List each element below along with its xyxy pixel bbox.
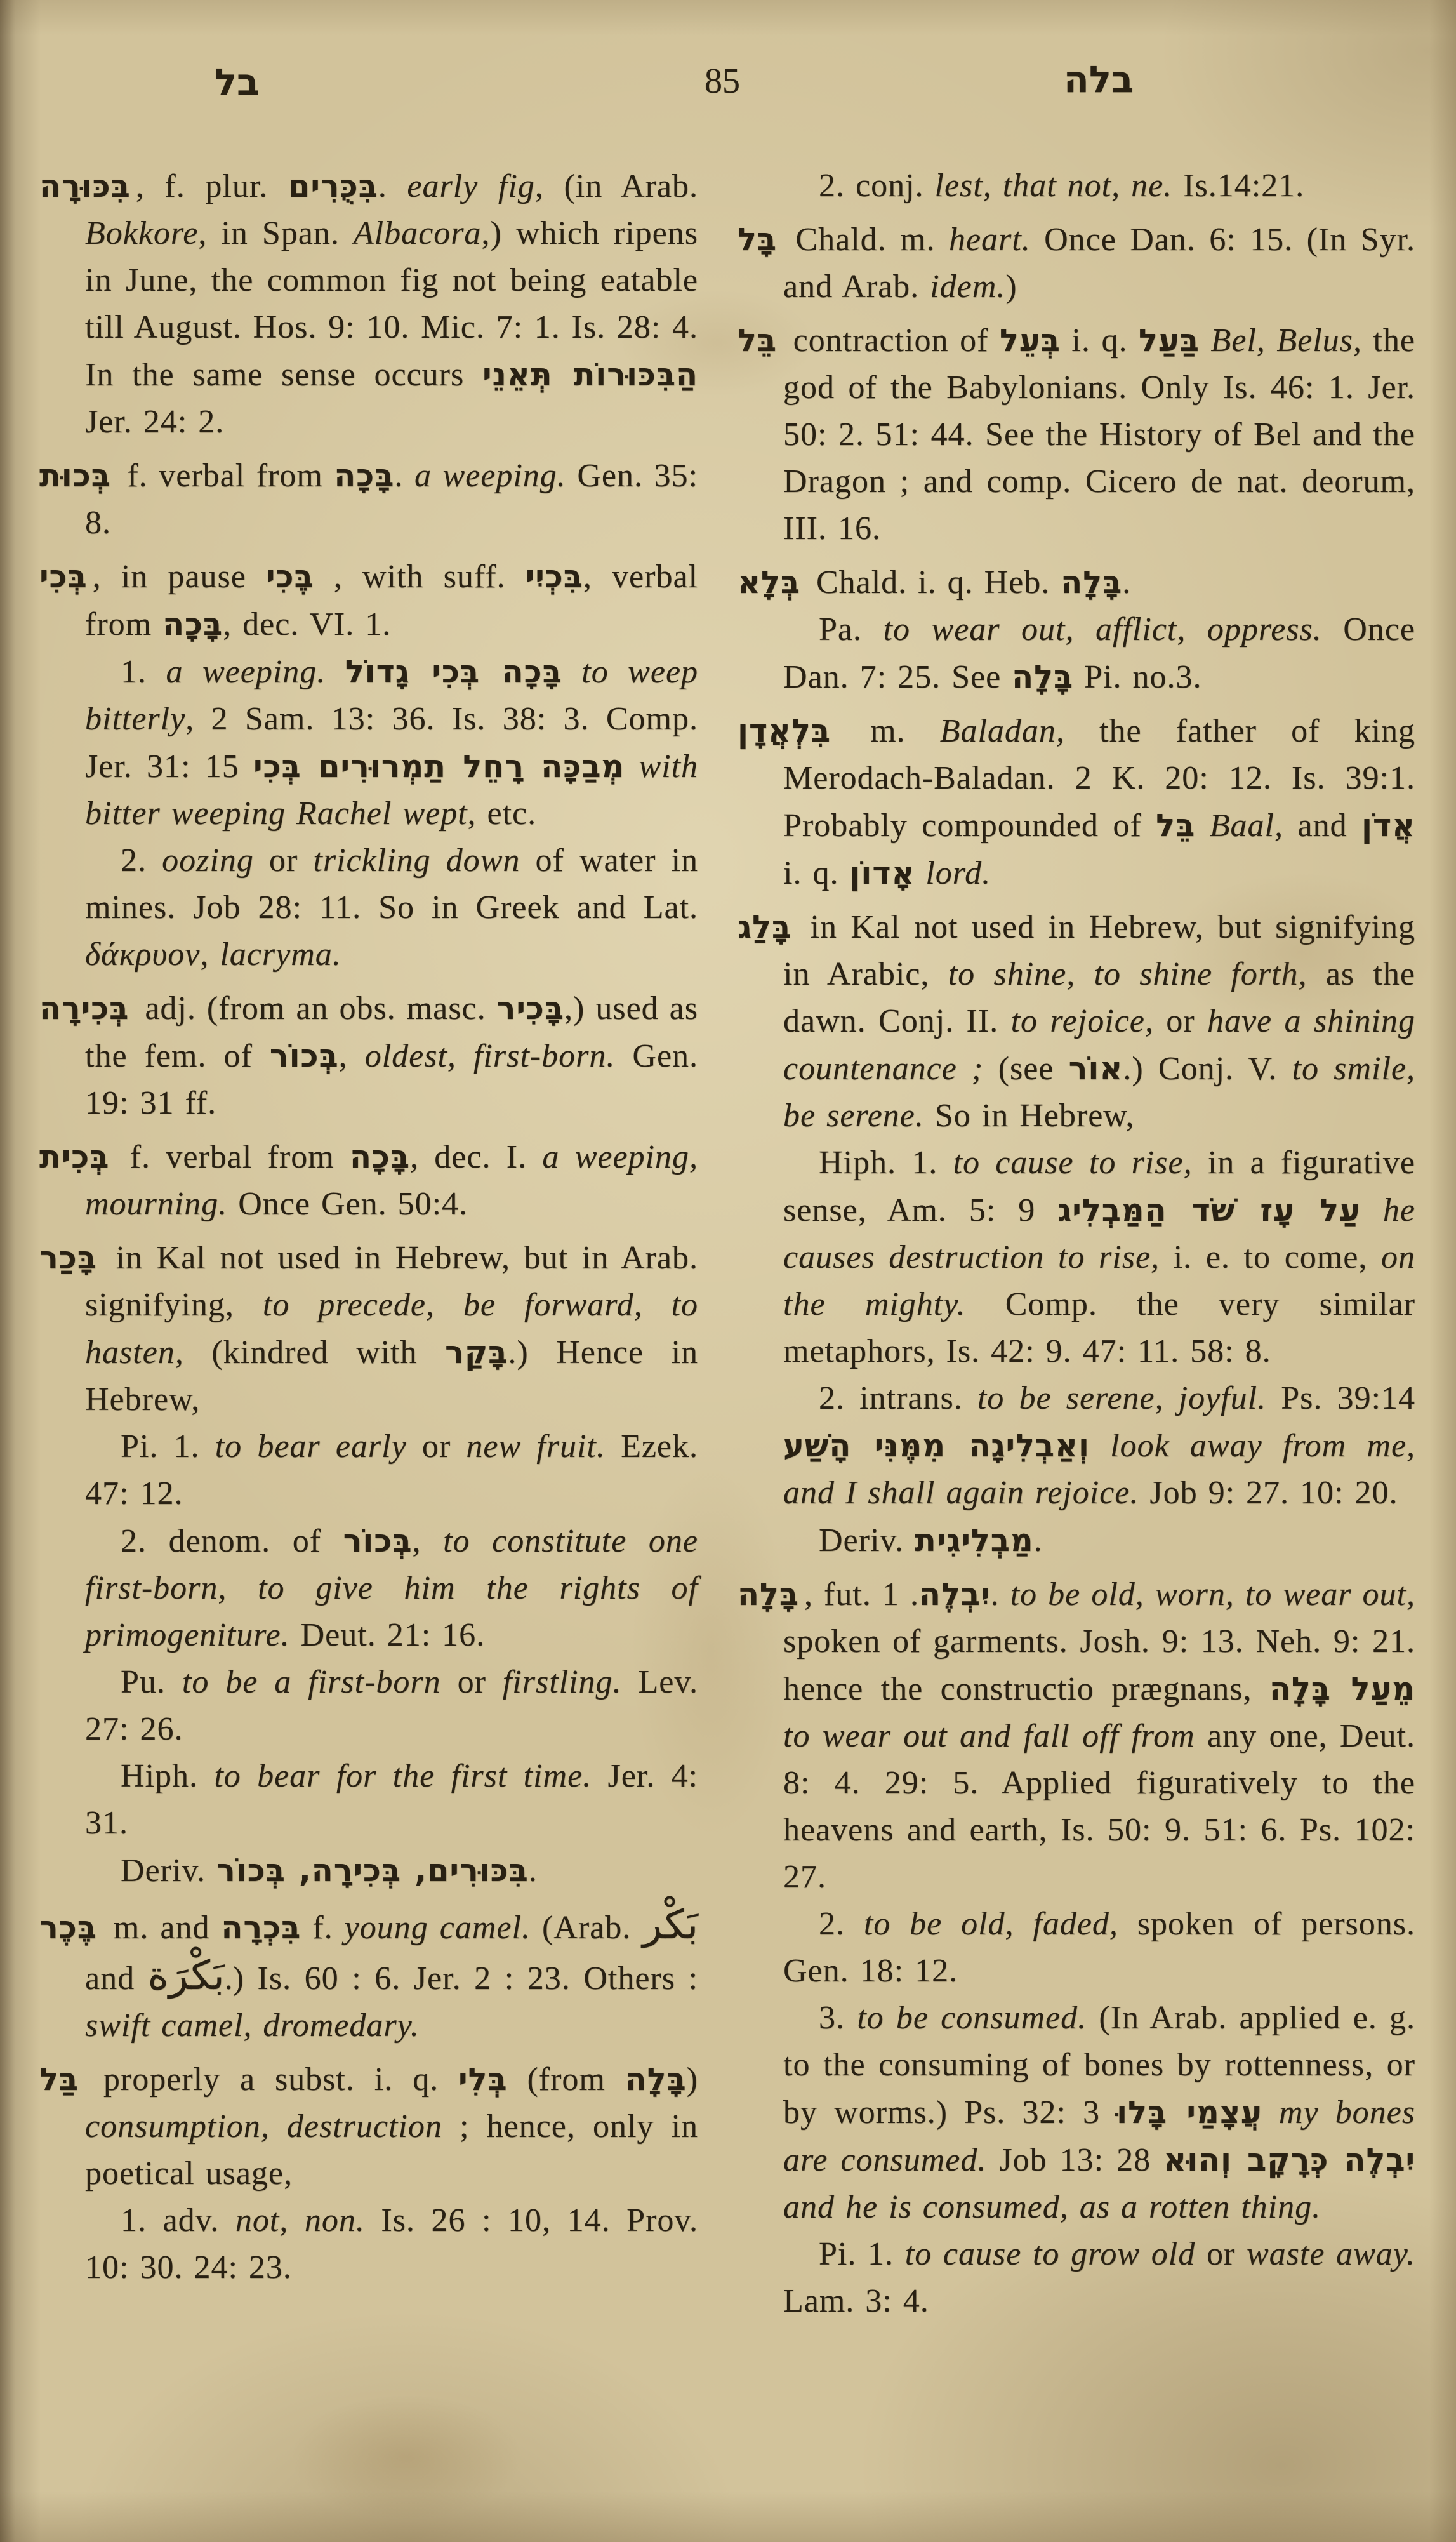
text-run: , bbox=[412, 1523, 443, 1559]
text-run: Pi. no.3. bbox=[1073, 659, 1201, 695]
text-run: Chald. i. q. Heb. bbox=[805, 564, 1061, 601]
text-run: So in Hebrew, bbox=[924, 1098, 1135, 1134]
hebrew-text: יִבְלֶה כְּרָקָב וְהוּא bbox=[1163, 2141, 1415, 2178]
lexicon-sense: Pi. 1. to cause to grow old or waste awa… bbox=[738, 2231, 1415, 2325]
italic-text: heart. bbox=[949, 222, 1031, 258]
italic-text: early fig bbox=[407, 168, 534, 204]
text-run: or bbox=[1195, 2236, 1247, 2272]
text-run: , dec. VI. 1. bbox=[223, 606, 391, 642]
text-run: ) bbox=[687, 2061, 698, 2098]
text-run: 2. intrans. bbox=[819, 1380, 977, 1416]
hebrew-text: בָּכָה bbox=[350, 1138, 410, 1175]
lexicon-sense: Hiph. 1. to cause to rise, in a figurati… bbox=[738, 1140, 1415, 1375]
italic-text: idem. bbox=[930, 269, 1005, 305]
text-run: 2. denom. of bbox=[121, 1523, 343, 1559]
hebrew-text: בָּלָה bbox=[1061, 564, 1122, 601]
text-run: Chald. m. bbox=[782, 222, 949, 258]
italic-text: not, non. bbox=[235, 2202, 365, 2239]
hebrew-text: בִּכְיִי bbox=[526, 558, 583, 595]
hebrew-text: מֵעַל בָּלָה bbox=[1269, 1670, 1415, 1707]
lexicon-entry: בֵּל contraction of בְּעֵל i. q. בַּעַל … bbox=[738, 317, 1415, 552]
text-run: 2. bbox=[819, 1906, 864, 1942]
text-run: Job 13: 28 bbox=[986, 2142, 1163, 2178]
hebrew-text: בְּלִי bbox=[458, 2061, 508, 2098]
text-run: 2. bbox=[121, 842, 162, 879]
italic-text: to be serene, joyful. bbox=[977, 1380, 1266, 1416]
text-run bbox=[326, 654, 345, 690]
text-run: and bbox=[85, 1960, 148, 1997]
italic-text: swift camel, dromedary. bbox=[85, 2007, 420, 2044]
italic-text: to rejoice, bbox=[1011, 1003, 1154, 1039]
italic-text: new fruit. bbox=[466, 1428, 606, 1465]
text-run: or bbox=[1154, 1003, 1207, 1039]
hebrew-text: עֲצָמַי בָּלוּ bbox=[1116, 2094, 1262, 2131]
italic-text: waste away. bbox=[1247, 2236, 1415, 2272]
hebrew-text: בִּכֻּרִים bbox=[288, 168, 378, 204]
text-run: 1. bbox=[121, 654, 166, 690]
column-left: בִּכּוּרָה, f. plur. בִּכֻּרִים. early f… bbox=[39, 163, 698, 2291]
italic-text: firstling. bbox=[503, 1664, 622, 1700]
text-run: m. bbox=[836, 713, 940, 749]
entry-headword: בַּל bbox=[39, 2061, 84, 2098]
lexicon-entry: בִּלְאֲדָן m. Baladan, the father of kin… bbox=[738, 707, 1415, 897]
text-run: (kindred with bbox=[184, 1334, 445, 1371]
entry-headword: בְּכִירָה bbox=[39, 990, 134, 1027]
italic-text: to bear for the first time. bbox=[214, 1758, 592, 1794]
italic-text: to wear out and fall off from bbox=[783, 1718, 1195, 1754]
hebrew-text: הַבִּכּוּרוֹת תְּאֵנֵי bbox=[482, 356, 698, 393]
italic-text: to be old, worn, to wear out, bbox=[1010, 1576, 1415, 1613]
page-number: 85 bbox=[672, 63, 773, 99]
text-run bbox=[1090, 1428, 1110, 1464]
text-run: 3. bbox=[819, 2000, 857, 2036]
italic-text: to shine, to shine forth, bbox=[948, 956, 1307, 992]
lexicon-sense: 1. a weeping. בָּכָה בְּכִי גָדוֹל to we… bbox=[39, 648, 698, 837]
text-run bbox=[1200, 323, 1211, 359]
text-run: . bbox=[529, 1853, 538, 1889]
italic-text: young camel. bbox=[345, 1910, 531, 1946]
entry-headword: בֶּכֶר bbox=[39, 1909, 102, 1946]
entry-headword: בְּכִית bbox=[39, 1138, 114, 1175]
lexicon-entry: בָּל Chald. m. heart. Once Dan. 6: 15. (… bbox=[738, 216, 1415, 310]
entry-headword: בָּכַר bbox=[39, 1239, 102, 1276]
hebrew-text: בִּכּוּרִים, בְּכִירָה, בְּכוֹר bbox=[216, 1852, 529, 1889]
italic-text: to be a first-born bbox=[182, 1664, 441, 1700]
text-run: , fut. bbox=[804, 1576, 882, 1613]
lexicon-sense: Pi. 1. to bear early or new fruit. Ezek.… bbox=[39, 1423, 698, 1517]
text-run: or bbox=[441, 1664, 503, 1700]
hebrew-text: עַל עָז שֹׁד הַמַּבְלִיג bbox=[1057, 1192, 1361, 1228]
hebrew-text: וְאַבְלִיגָה מִמֶּנִּי הָשַׁע bbox=[783, 1427, 1090, 1464]
text-run: , (in Arab. bbox=[535, 168, 698, 204]
lexicon-entry: בְּכִית f. verbal from בָּכָה, dec. I. a… bbox=[39, 1133, 698, 1228]
text-run: , with suff. bbox=[314, 559, 526, 595]
hebrew-text: אוֹר bbox=[1069, 1050, 1123, 1087]
text-run: Job 9: 27. 10: 20. bbox=[1139, 1475, 1398, 1511]
italic-text: to bear early bbox=[215, 1428, 407, 1465]
text-run: , f. plur. bbox=[136, 168, 288, 204]
hebrew-text: בַּעַל bbox=[1139, 322, 1200, 359]
text-run: Hiph. bbox=[121, 1758, 214, 1794]
italic-text: to be consumed. bbox=[857, 2000, 1087, 2036]
entry-headword: בְּלָא bbox=[738, 564, 805, 601]
scanned-lexicon-page: בל 85 בלה בִּכּוּרָה, f. plur. בִּכֻּרִי… bbox=[0, 0, 1456, 2542]
lexicon-entry: בְּכוּת f. verbal from בָּכָה. a weeping… bbox=[39, 452, 698, 547]
hebrew-text: בִּכְרָה bbox=[222, 1909, 301, 1946]
text-run: Deut. 21: 16. bbox=[290, 1617, 486, 1653]
text-run: , in pause bbox=[93, 559, 266, 595]
text-run: (Arab. bbox=[531, 1910, 642, 1946]
text-run: adj. (from an obs. masc. bbox=[134, 990, 496, 1027]
lexicon-entry: בְּכִירָה adj. (from an obs. masc. בָּכִ… bbox=[39, 985, 698, 1127]
text-run: 2. conj. bbox=[819, 168, 935, 204]
lexicon-sense: Pu. to be a first-born or firstling. Lev… bbox=[39, 1659, 698, 1753]
text-run: . bbox=[394, 458, 414, 494]
lexicon-sense: 3. to be consumed. (In Arab. applied e. … bbox=[738, 1995, 1415, 2231]
text-run bbox=[1262, 2094, 1279, 2131]
text-run: (see bbox=[983, 1051, 1068, 1087]
entry-headword: בִּלְאֲדָן bbox=[738, 712, 836, 749]
italic-text: to wear out, afflict, oppress. bbox=[884, 611, 1322, 648]
hebrew-text: יִבְלֶה bbox=[919, 1576, 990, 1613]
arabic-text: بَكْر bbox=[642, 1901, 698, 1948]
hebrew-text: בְּעֵל bbox=[1000, 322, 1061, 359]
text-run: Jer. 24: 2. bbox=[85, 404, 224, 440]
hebrew-text: בָּלָה bbox=[625, 2061, 687, 2098]
entry-headword: בֵּל bbox=[738, 322, 782, 359]
italic-text: lacryma. bbox=[220, 936, 341, 973]
arabic-text: بَكْرَة bbox=[148, 1952, 225, 1999]
greek-text: δάκρυον bbox=[85, 936, 200, 973]
text-run: 1. adv. bbox=[121, 2202, 235, 2239]
text-run: Pi. 1. bbox=[819, 2236, 905, 2272]
hebrew-text: מְבַכָּה רָחֵל תַמְרוּרִים בְּכִי bbox=[253, 748, 625, 785]
entry-headword: בָּלָה bbox=[738, 1576, 804, 1613]
text-run: Deriv. bbox=[121, 1853, 216, 1889]
hebrew-text: בָּכִיר bbox=[497, 990, 564, 1027]
italic-text: oldest, first-born. bbox=[365, 1038, 616, 1074]
text-run: , in Span. bbox=[198, 215, 354, 251]
text-run: Hiph. 1. bbox=[819, 1145, 953, 1181]
italic-text: Baal, bbox=[1210, 808, 1283, 844]
hebrew-text: בָּכָה בְּכִי גָדוֹל bbox=[345, 653, 562, 690]
guide-word-left: בל bbox=[215, 63, 259, 100]
text-run: Pa. bbox=[819, 611, 884, 648]
italic-text: and he is consumed, as a rotten thing. bbox=[783, 2189, 1321, 2225]
text-run: , bbox=[200, 936, 220, 973]
text-run: or bbox=[254, 842, 314, 879]
hebrew-text: אֲדֹן bbox=[1361, 807, 1415, 844]
italic-text: oozing bbox=[162, 842, 254, 879]
italic-text: a weeping. bbox=[166, 654, 326, 690]
lexicon-sense: Deriv. בִּכּוּרִים, בְּכִירָה, בְּכוֹר. bbox=[39, 1847, 698, 1894]
lexicon-entry: בִּכּוּרָה, f. plur. בִּכֻּרִים. early f… bbox=[39, 163, 698, 446]
lexicon-entry: בְּכִי, in pause בֶּכִי , with suff. בִּ… bbox=[39, 553, 698, 648]
italic-text: to cause to grow old bbox=[905, 2236, 1196, 2272]
text-run: Pi. 1. bbox=[121, 1428, 215, 1465]
text-run: Lam. 3: 4. bbox=[783, 2283, 929, 2319]
lexicon-sense: Pa. to wear out, afflict, oppress. Once … bbox=[738, 606, 1415, 701]
text-run: m. and bbox=[102, 1910, 222, 1946]
text-run: . bbox=[1122, 564, 1131, 601]
entry-headword: בָּל bbox=[738, 221, 782, 258]
hebrew-text: בָּכָה bbox=[334, 457, 394, 494]
text-run bbox=[1361, 1192, 1383, 1228]
text-run: or bbox=[407, 1428, 467, 1465]
hebrew-text: בְּכוֹר bbox=[270, 1037, 339, 1074]
italic-text: Bel, Belus, bbox=[1210, 323, 1361, 359]
hebrew-text: מַבְלִיגִית bbox=[915, 1522, 1034, 1559]
italic-text: to be old, faded, bbox=[864, 1906, 1118, 1942]
lexicon-sense: 2. denom. of בְּכוֹר, to constitute one … bbox=[39, 1517, 698, 1659]
text-run: Is.14:21. bbox=[1172, 168, 1304, 204]
hebrew-text: אָדוֹן bbox=[849, 855, 915, 891]
text-run: , dec. I. bbox=[410, 1139, 542, 1175]
lexicon-sense: Hiph. to bear for the first time. Jer. 4… bbox=[39, 1753, 698, 1847]
entry-headword: בְּכוּת bbox=[39, 457, 116, 494]
hebrew-text: בֶּכִי bbox=[266, 558, 314, 595]
italic-text: Albacora bbox=[354, 215, 482, 251]
text-run bbox=[562, 654, 582, 690]
lexicon-sense: Deriv. מַבְלִיגִית. bbox=[738, 1517, 1415, 1564]
italic-text: a weeping. bbox=[414, 458, 566, 494]
italic-text: Baladan, bbox=[940, 713, 1065, 749]
lexicon-entry: בַּל properly a subst. i. q. בְּלִי (fro… bbox=[39, 2056, 698, 2197]
italic-text: lord. bbox=[925, 855, 991, 891]
text-run: , bbox=[339, 1038, 365, 1074]
lexicon-entry: בְּלָא Chald. i. q. Heb. בָּלָה. bbox=[738, 559, 1415, 606]
hebrew-text: בֵּל bbox=[1156, 807, 1195, 844]
lexicon-sense: 2. conj. lest, that not, ne. Is.14:21. bbox=[738, 163, 1415, 210]
text-run: properly a subst. i. q. bbox=[84, 2061, 458, 2098]
text-run: i. q. bbox=[1061, 323, 1139, 359]
text-run: contraction of bbox=[782, 323, 1000, 359]
entry-headword: בְּכִי bbox=[39, 558, 93, 595]
text-run: Once Gen. 50:4. bbox=[227, 1186, 468, 1222]
italic-text: Bokkore bbox=[85, 215, 198, 251]
lexicon-entry: בָּלַג in Kal not used in Hebrew, but si… bbox=[738, 903, 1415, 1140]
text-run: f. verbal from bbox=[114, 1139, 350, 1175]
lexicon-entry: בֶּכֶר m. and בִּכְרָה f. young camel. (… bbox=[39, 1901, 698, 2049]
entry-headword: בִּכּוּרָה bbox=[39, 168, 136, 204]
text-run: ) bbox=[1005, 269, 1017, 305]
text-run bbox=[625, 749, 639, 785]
lexicon-sense: 2. intrans. to be serene, joyful. Ps. 39… bbox=[738, 1375, 1415, 1517]
text-run: i. q. bbox=[783, 855, 849, 891]
lexicon-sense: 2. to be old, faded, spoken of persons. … bbox=[738, 1901, 1415, 1995]
hebrew-text: בָּכָה bbox=[162, 606, 223, 642]
text-run bbox=[1195, 808, 1210, 844]
text-run: .) Conj. V. bbox=[1123, 1051, 1292, 1087]
text-run: f. verbal from bbox=[116, 458, 334, 494]
text-run: and bbox=[1283, 808, 1361, 844]
hebrew-text: בָּלָה bbox=[1012, 658, 1073, 695]
hebrew-text: בָּקַר bbox=[445, 1334, 508, 1371]
text-run: . bbox=[378, 168, 407, 204]
text-run: f. bbox=[301, 1910, 344, 1946]
text-run: (from bbox=[508, 2061, 625, 2098]
text-run: Deriv. bbox=[819, 1522, 915, 1559]
italic-text: to cause to rise, bbox=[953, 1145, 1193, 1181]
entry-headword: בָּלַג bbox=[738, 908, 797, 945]
lexicon-sense: 2. oozing or trickling down of water in … bbox=[39, 837, 698, 978]
guide-word-right: בלה bbox=[1064, 61, 1134, 98]
text-run: Pu. bbox=[121, 1664, 182, 1700]
lexicon-entry: בָּלָה, fut. יִבְלֶה. 1. to be old, worn… bbox=[738, 1571, 1415, 1901]
column-right: 2. conj. lest, that not, ne. Is.14:21.בָ… bbox=[738, 163, 1415, 2325]
hebrew-text: בְּכוֹר bbox=[343, 1522, 413, 1559]
text-run: i. e. to come, bbox=[1160, 1239, 1381, 1275]
text-run: Ps. 39:14 bbox=[1266, 1380, 1415, 1416]
text-run: .) Is. 60 : 6. Jer. 2 : 23. Others : bbox=[225, 1960, 698, 1997]
italic-text: consumption, destruction bbox=[85, 2108, 442, 2145]
text-run bbox=[915, 855, 925, 891]
lexicon-sense: 1. adv. not, non. Is. 26 : 10, 14. Prov.… bbox=[39, 2197, 698, 2291]
text-run: , etc. bbox=[468, 795, 537, 832]
text-run: . bbox=[1034, 1522, 1043, 1559]
italic-text: lest, that not, ne. bbox=[935, 168, 1173, 204]
italic-text: trickling down bbox=[313, 842, 520, 879]
lexicon-entry: בָּכַר in Kal not used in Hebrew, but in… bbox=[39, 1234, 698, 1423]
